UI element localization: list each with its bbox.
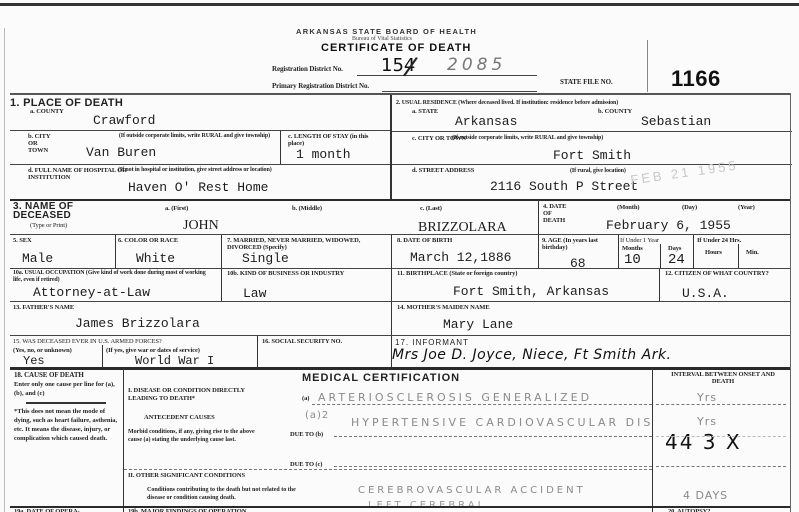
interval-line-b: 44 3 X	[665, 430, 742, 454]
primary-district-label: Primary Registration District No.	[272, 83, 369, 90]
industry: Law	[243, 287, 266, 301]
city-town-label: TOWN	[28, 147, 48, 154]
registration-number: 2085	[447, 55, 506, 75]
city-label: b. CITY	[28, 133, 50, 140]
residence-street: 2116 South P Street	[490, 180, 638, 194]
first-name-label: a. (First)	[165, 205, 188, 212]
rule	[10, 164, 390, 165]
city-or-label: OR	[28, 140, 38, 147]
hospital-name: Haven O' Rest Home	[128, 181, 268, 195]
under-year-label: If Under 1 Year	[620, 237, 659, 244]
stay-label: c. LENGTH OF STAY (in this place)	[288, 133, 383, 147]
city-instructions: (If outside corporate limits, write RURA…	[70, 133, 270, 140]
divider	[115, 235, 116, 268]
other-condition: CEREBROVASCULAR ACCIDENT	[358, 485, 586, 496]
date-of-birth: March 12,1886	[410, 251, 511, 265]
rule	[10, 199, 790, 201]
residence-state-label: a. STATE	[412, 108, 438, 115]
street-label: d. STREET ADDRESS	[412, 167, 474, 174]
rule	[10, 301, 790, 302]
place-of-death-heading: 1. PLACE OF DEATH	[10, 98, 123, 108]
divider	[538, 200, 539, 234]
residence-heading: 2. USUAL RESIDENCE (Where deceased lived…	[396, 100, 618, 107]
interval-line-a: Yrs	[697, 391, 717, 404]
year-label: (Year)	[738, 204, 755, 211]
marital-status: Single	[242, 252, 289, 266]
hours-label: Hours	[705, 249, 722, 256]
divider	[652, 368, 653, 512]
social-security-label: 16. SOCIAL SECURITY NO.	[262, 338, 342, 345]
citizenship-label: 12. CITIZEN OF WHAT COUNTRY?	[665, 270, 775, 277]
line-a-label: (a)	[302, 395, 309, 402]
under-day-label: If Under 24 Hrs.	[697, 237, 741, 244]
cause-line-a: ARTERIOSCLEROSIS GENERALIZED	[318, 391, 592, 404]
header-rule	[10, 93, 790, 95]
occupation-label: 10a. USUAL OCCUPATION (Give kind of work…	[13, 270, 213, 284]
interval-line-b-note: Yrs	[697, 415, 717, 428]
street-instructions: (If rural, give location)	[570, 168, 626, 175]
cause-of-death-label: 18. CAUSE OF DEATH	[14, 372, 84, 379]
rule	[10, 367, 790, 370]
operation-date-label: 19a. DATE OF OPERA-	[14, 508, 80, 512]
interval-label: INTERVAL BETWEEN ONSET AND DEATH	[668, 371, 778, 385]
part2-note: Conditions contributing to the death but…	[147, 486, 297, 502]
rule	[656, 436, 786, 437]
birthplace: Fort Smith, Arkansas	[453, 285, 609, 299]
rule	[334, 466, 652, 467]
informant-signature: Mrs Joe D. Joyce, Niece, Ft Smith Ark.	[392, 347, 672, 363]
name-type-hint: (Type or Print)	[30, 222, 67, 229]
divider	[257, 336, 258, 367]
rule	[10, 130, 390, 131]
name-heading: 3. NAME OF DECEASED	[13, 202, 93, 220]
part2-label: II. OTHER SIGNIFICANT CONDITIONS	[128, 472, 245, 479]
top-border	[0, 3, 799, 6]
date-of-birth-label: 8. DATE OF BIRTH	[397, 237, 452, 244]
sex-label: 5. SEX	[13, 237, 32, 244]
rule	[10, 234, 790, 235]
minutes-label: Min.	[746, 249, 759, 256]
month-label: (Month)	[617, 204, 639, 211]
occupation: Attorney-at-Law	[33, 286, 150, 300]
cause-note: *This does not mean the mode of dying, s…	[14, 407, 120, 443]
death-certificate: ARKANSAS STATE BOARD OF HEALTH Bureau of…	[0, 0, 799, 512]
age-months: 10	[624, 253, 641, 267]
place-of-death-county: Crawford	[93, 114, 155, 128]
industry-label: 10b. KIND OF BUSINESS OR INDUSTRY	[227, 270, 382, 277]
marital-status-label: 7. MARRIED, NEVER MARRIED, WIDOWED, DIVO…	[227, 237, 377, 251]
rule	[10, 268, 790, 269]
right-border	[790, 93, 791, 512]
date-of-death: February 6, 1955	[606, 219, 731, 233]
age-days: 24	[668, 253, 685, 267]
due-to-c-label: DUE TO (c)	[290, 461, 322, 468]
divider	[221, 269, 222, 301]
rule	[392, 131, 792, 132]
divider	[738, 244, 739, 268]
certificate-title: CERTIFICATE OF DEATH	[321, 42, 471, 54]
armed-forces-label: 15. WAS DECEASED EVER IN U.S. ARMED FORC…	[13, 338, 162, 345]
divider	[102, 345, 103, 367]
birthplace-label: 11. BIRTHPLACE (State or foreign country…	[397, 270, 517, 277]
divider	[123, 368, 124, 512]
race: White	[136, 252, 175, 266]
rule	[656, 404, 786, 405]
rule	[124, 469, 652, 470]
due-to-b-label: DUE TO (b)	[290, 431, 323, 438]
antecedent-note: Morbid conditions, if any, giving rise t…	[128, 428, 268, 444]
cause-line-b-prefix: (a)2	[305, 410, 329, 421]
residence-state: Arkansas	[455, 115, 517, 129]
place-of-death-city: Van Buren	[86, 146, 156, 160]
left-edge	[4, 28, 5, 512]
divider	[280, 131, 281, 164]
race-label: 6. COLOR OR RACE	[118, 237, 178, 244]
medical-certification-title: MEDICAL CERTIFICATION	[302, 373, 460, 383]
rule	[10, 335, 790, 336]
mother-maiden-name: Mary Lane	[443, 318, 513, 332]
operation-findings-label: 19b. MAJOR FINDINGS OF OPERATION	[128, 508, 246, 512]
registration-district-label: Registration District No.	[272, 66, 343, 73]
last-name: BRIZZOLARA	[418, 221, 507, 235]
cause-instructions: Enter only one cause per line for (a), (…	[14, 380, 120, 398]
divider	[391, 235, 392, 268]
months-label: Months	[622, 245, 643, 252]
citizenship: U.S.A.	[682, 287, 729, 301]
state-file-divider	[647, 40, 648, 92]
residence-city-instructions: (If outside corporate limits, write RURA…	[452, 135, 603, 142]
interval-other: 4 DAYS	[683, 489, 728, 502]
age-label: 9. AGE (In years last birthday)	[542, 237, 610, 251]
divider	[693, 235, 694, 268]
armed-forces-hint: (Yes, no, or unknown)	[13, 347, 72, 354]
father-name-label: 13. FATHER'S NAME	[13, 304, 74, 311]
last-name-label: c. (Last)	[420, 205, 442, 212]
residence-county-label: b. COUNTY	[598, 108, 632, 115]
divider	[390, 95, 392, 199]
divider	[221, 235, 222, 268]
rule	[656, 466, 786, 467]
cause-line-b: HYPERTENSIVE CARDIOVASCULAR DIS	[351, 416, 653, 429]
father-name: James Brizzolara	[75, 317, 200, 331]
primary-district-line	[382, 91, 537, 92]
rule	[312, 404, 652, 405]
divider	[391, 302, 392, 335]
divider	[660, 244, 661, 268]
armed-forces-answer: Yes	[23, 356, 45, 366]
residence-county: Sebastian	[641, 115, 711, 129]
state-file-number: 1166	[671, 66, 721, 92]
day-label: (Day)	[682, 204, 697, 211]
length-of-stay: 1 month	[296, 148, 351, 162]
sex: Male	[22, 252, 53, 266]
divider	[618, 235, 619, 268]
war-service-hint: (If yes, give war or dates of service)	[106, 347, 200, 354]
hospital-instructions: (If not in hospital or institution, give…	[118, 167, 272, 174]
divider	[659, 269, 660, 301]
agency-name: ARKANSAS STATE BOARD OF HEALTH	[296, 27, 477, 36]
part1-label: I. DISEASE OR CONDITION DIRECTLY LEADING…	[128, 387, 258, 403]
antecedent-label: ANTECEDENT CAUSES	[144, 414, 215, 421]
divider	[391, 269, 392, 301]
middle-name-label: b. (Middle)	[292, 205, 322, 212]
mother-maiden-name-label: 14. MOTHER'S MAIDEN NAME	[397, 304, 490, 311]
first-name: JOHN	[183, 219, 219, 233]
hospital-label: d. FULL NAME OF HOSPITAL OR INSTITUTION	[28, 167, 128, 181]
war-service: World War I	[135, 356, 214, 366]
autopsy-label: 20. AUTOPSY?	[668, 508, 710, 512]
rule	[26, 402, 106, 404]
rule	[334, 436, 652, 437]
residence-city: Fort Smith	[553, 149, 631, 163]
divider	[538, 235, 539, 268]
date-of-death-label: 4. DATE OF DEATH	[543, 203, 573, 224]
county-label: a. COUNTY	[30, 108, 64, 115]
state-file-label: STATE FILE NO.	[560, 79, 613, 86]
received-date-stamp: FEB 21 1955	[629, 157, 739, 187]
days-label: Days	[668, 245, 681, 252]
